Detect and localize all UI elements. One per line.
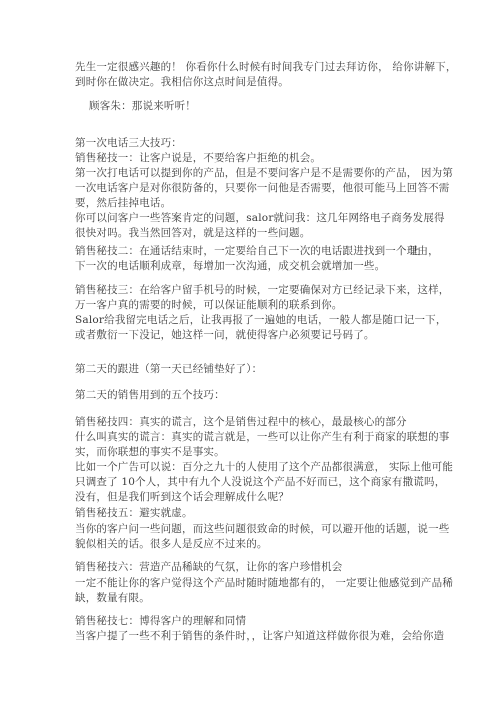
tip-heading: 销售秘技一：让客户说是，不要给客户拒绝的机会。 [75,151,321,165]
text-line: 下一次的电话顺利成章，每增加一次沟通，成交机会就增加一些。 [75,259,385,273]
text-line: 到时你在做决定。我相信你这点时间是值得。 [75,75,289,89]
text-line: 要，然后挂掉电话。 [75,196,171,210]
text-line: 或者敷衍一下没记，她这样一问，就使得客户必须要记号码了。 [75,328,375,342]
section-heading: 第一次电话三大技巧： [75,136,182,150]
tip-heading: 销售秘技二：在通话结束时，一定要给自己下一次的电话跟进找到一个理由， [75,244,439,258]
text-line: 当你的客户问一些问题，而这些问题很致命的时候，可以避开他的话题，说一些 [75,522,450,536]
text-line: 一次电话客户是对你很防备的，只要你一问他是否需要，他很可能马上回答不需 [75,181,450,195]
text-line: 缺，数量有限。 [75,591,150,605]
text-line: 比如一个广告可以说：百分之九十的人使用了这个产品都很满意， 实际上他可能 [75,460,453,474]
text-line: 万一客户真的需要的时候，可以保证能顺利的联系到你。 [75,298,343,312]
dialogue-line: 顾客朱：那说来听听！ [89,99,196,113]
tip-heading: 销售秘技四：真实的谎言，这个是销售过程中的核心，最最核心的部分 [75,415,407,429]
text-line: 貌似相关的话。很多人是反应不过来的。 [75,537,268,551]
section-heading: 第二天的跟进（第一天已经铺垫好了）： [75,362,262,376]
tip-heading: 销售秘技七：博得客户的理解和同情 [75,614,246,628]
text-line: 实，而你联想的事实不是事实。 [75,445,225,459]
text-line: 先生一定很感兴趣的！ 你看你什么时候有时间我专门过去拜访你， 给你讲解下， [75,60,457,74]
text-line: 当客户提了一些不利于销售的条件时，，让客户知道这样做你很为难，会给你造 [75,629,444,643]
text-line: 很快对吗。我当然回答对，就是这样的一些问题。 [75,226,310,240]
text-line: 只调查了 10个人，其中有九个人没说这个产品不好而已，这个商家有撒谎吗， [75,475,445,489]
text-line: 你可以问客户一些答案肯定的问题，salor就问我：这几年网络电子商务发展得 [75,211,445,225]
section-heading: 第二天的销售用到的五个技巧： [75,388,225,402]
tip-heading: 销售秘技五：避实就虚。 [75,506,193,520]
text-line: 第一次打电话可以提到你的产品，但是不要问客户是不是需要你的产品， 因为第 [75,166,453,180]
text-line: 什么叫真实的谎言：真实的谎言就是，一些可以让你产生有利于商家的联想的事 [75,430,450,444]
text-line: 一定不能让你的客户觉得这个产品时随时随地都有的， 一定要让他感觉到产品稀 [75,576,453,590]
tip-heading: 销售秘技三：在给客户留手机号的时候，一定要确保对方已经记录下来，这样， [75,283,450,297]
stray-char: 让 [409,244,420,258]
text-line: Salor给我留完电话之后，让我再报了一遍她的电话，一般人都是随口记一下， [75,313,447,327]
tip-heading: 销售秘技六：营造产品稀缺的气氛，让你的客户珍惜机会 [75,560,343,574]
document-page: 先生一定很感兴趣的！ 你看你什么时候有时间我专门过去拜访你， 给你讲解下， 到时… [0,0,500,708]
text-line: 没有，但是我们听到这个话会理解成什么呢？ [75,490,289,504]
